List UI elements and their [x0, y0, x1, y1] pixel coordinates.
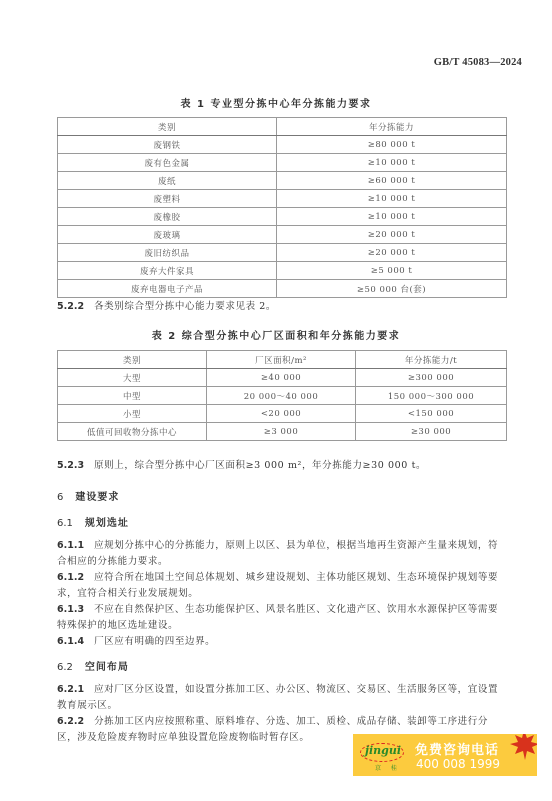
- cell: ≥60 000 t: [277, 172, 507, 190]
- table-row: 废橡胶≥10 000 t: [58, 208, 507, 226]
- section-title: 建设要求: [75, 492, 119, 503]
- cell: <20 000: [207, 405, 356, 423]
- section-number: 6.1: [57, 518, 73, 529]
- cell: 废弃大件家具: [58, 262, 277, 280]
- cell: 废橡胶: [58, 208, 277, 226]
- table-row: 废塑料≥10 000 t: [58, 190, 507, 208]
- brand-logo: jingui: [365, 744, 401, 757]
- clause-5-2-2: 5.2.2各类别综合型分拣中心能力要求见表 2。: [57, 299, 507, 315]
- table1-col-category: 类别: [58, 118, 277, 136]
- clause-number: 5.2.3: [57, 460, 84, 471]
- cell: 小型: [58, 405, 207, 423]
- cell: ≥80 000 t: [277, 136, 507, 154]
- clause-6-1-4: 6.1.4厂区应有明确的四至边界。: [57, 634, 507, 650]
- table1-col-capacity: 年分拣能力: [277, 118, 507, 136]
- clause-number: 6.1.2: [57, 572, 84, 583]
- clause-text: 应对厂区分区设置，如设置分拣加工区、办公区、物流区、交易区、生活服务区等，宜设置…: [57, 684, 498, 711]
- clause-number: 6.2.2: [57, 716, 84, 727]
- section-number: 6.2: [57, 662, 73, 673]
- section-6-1-heading: 6.1规划选址: [57, 514, 129, 529]
- document-page: GB/T 45083—2024 表 1 专业型分拣中心年分拣能力要求 类别 年分…: [0, 0, 552, 801]
- clause-6-1-3: 6.1.3不应在自然保护区、生态功能保护区、风景名胜区、文化遗产区、饮用水水源保…: [57, 602, 507, 634]
- clause-text: 不应在自然保护区、生态功能保护区、风景名胜区、文化遗产区、饮用水水源保护区等需要…: [57, 604, 498, 631]
- cell: 废旧纺织品: [58, 244, 277, 262]
- clause-number: 6.1.3: [57, 604, 84, 615]
- banner-phone[interactable]: 400 008 1999: [416, 757, 500, 771]
- clause-6-1-2: 6.1.2应符合所在地国土空间总体规划、城乡建设规划、主体功能区规划、生态环境保…: [57, 570, 507, 602]
- clause-number: 6.1.1: [57, 540, 84, 551]
- table-row: 废旧纺织品≥20 000 t: [58, 244, 507, 262]
- table-row: 废玻璃≥20 000 t: [58, 226, 507, 244]
- table2: 类别 厂区面积/m² 年分拣能力/t 大型≥40 000≥300 000 中型2…: [57, 350, 507, 441]
- table-row: 小型<20 000<150 000: [58, 405, 507, 423]
- clause-6-1-1: 6.1.1应规划分拣中心的分拣能力，原则上以区、县为单位，根据当地再生资源产生量…: [57, 538, 507, 570]
- cell: 废弃电器电子产品: [58, 280, 277, 298]
- section-6-2-heading: 6.2空间布局: [57, 658, 129, 673]
- cell: 中型: [58, 387, 207, 405]
- cell: ≥20 000 t: [277, 244, 507, 262]
- cell: ≥10 000 t: [277, 190, 507, 208]
- cell: 废塑料: [58, 190, 277, 208]
- table2-header-row: 类别 厂区面积/m² 年分拣能力/t: [58, 351, 507, 369]
- clause-text: 应符合所在地国土空间总体规划、城乡建设规划、主体功能区规划、生态环境保护规划等要…: [57, 572, 498, 599]
- cell: ≥20 000 t: [277, 226, 507, 244]
- table2-col-capacity: 年分拣能力/t: [356, 351, 507, 369]
- table-row: 废弃电器电子产品≥50 000 台(套): [58, 280, 507, 298]
- table-row: 大型≥40 000≥300 000: [58, 369, 507, 387]
- cell: 150 000～300 000: [356, 387, 507, 405]
- table2-col-category: 类别: [58, 351, 207, 369]
- table1-caption: 表 1 专业型分拣中心年分拣能力要求: [0, 95, 552, 110]
- cell: ≥40 000: [207, 369, 356, 387]
- cell: ≥30 000: [356, 423, 507, 441]
- consultation-banner[interactable]: jingui 京 桂 免费咨询电话 400 008 1999: [353, 734, 537, 776]
- cell: 大型: [58, 369, 207, 387]
- table2-col-area: 厂区面积/m²: [207, 351, 356, 369]
- clause-number: 5.2.2: [57, 301, 84, 312]
- cell: <150 000: [356, 405, 507, 423]
- cell: ≥50 000 台(套): [277, 280, 507, 298]
- table-row: 中型20 000～40 000150 000～300 000: [58, 387, 507, 405]
- clause-text: 厂区应有明确的四至边界。: [94, 636, 215, 647]
- section-title: 规划选址: [85, 518, 129, 529]
- banner-title: 免费咨询电话: [415, 739, 499, 758]
- clause-5-2-3: 5.2.3原则上，综合型分拣中心厂区面积≥3 000 m²，年分拣能力≥30 0…: [57, 458, 507, 474]
- cell: ≥5 000 t: [277, 262, 507, 280]
- maple-leaf-icon: [507, 734, 537, 762]
- section-number: 6: [57, 492, 63, 503]
- cell: 废有色金属: [58, 154, 277, 172]
- cell: 20 000～40 000: [207, 387, 356, 405]
- cell: ≥300 000: [356, 369, 507, 387]
- cell: 废钢铁: [58, 136, 277, 154]
- clause-number: 6.2.1: [57, 684, 84, 695]
- table-row: 废钢铁≥80 000 t: [58, 136, 507, 154]
- table2-caption: 表 2 综合型分拣中心厂区面积和年分拣能力要求: [0, 327, 552, 342]
- table1-header-row: 类别 年分拣能力: [58, 118, 507, 136]
- clause-number: 6.1.4: [57, 636, 84, 647]
- cell: 废玻璃: [58, 226, 277, 244]
- cell: ≥3 000: [207, 423, 356, 441]
- clause-6-2-1: 6.2.1应对厂区分区设置，如设置分拣加工区、办公区、物流区、交易区、生活服务区…: [57, 682, 507, 714]
- clause-text: 各类别综合型分拣中心能力要求见表 2。: [94, 301, 276, 312]
- table-row: 低值可回收物分拣中心≥3 000≥30 000: [58, 423, 507, 441]
- section-title: 空间布局: [85, 662, 129, 673]
- clause-text: 原则上，综合型分拣中心厂区面积≥3 000 m²，年分拣能力≥30 000 t。: [94, 460, 426, 471]
- cell: 低值可回收物分拣中心: [58, 423, 207, 441]
- section-6-heading: 6建设要求: [57, 488, 119, 503]
- table1: 类别 年分拣能力 废钢铁≥80 000 t 废有色金属≥10 000 t 废纸≥…: [57, 117, 507, 298]
- standard-code: GB/T 45083—2024: [434, 57, 522, 68]
- table-row: 废弃大件家具≥5 000 t: [58, 262, 507, 280]
- clause-text: 应规划分拣中心的分拣能力，原则上以区、县为单位，根据当地再生资源产生量来规划，符…: [57, 540, 498, 567]
- brand-logo-subtitle: 京 桂: [375, 763, 401, 772]
- table-row: 废纸≥60 000 t: [58, 172, 507, 190]
- cell: ≥10 000 t: [277, 208, 507, 226]
- table-row: 废有色金属≥10 000 t: [58, 154, 507, 172]
- cell: 废纸: [58, 172, 277, 190]
- cell: ≥10 000 t: [277, 154, 507, 172]
